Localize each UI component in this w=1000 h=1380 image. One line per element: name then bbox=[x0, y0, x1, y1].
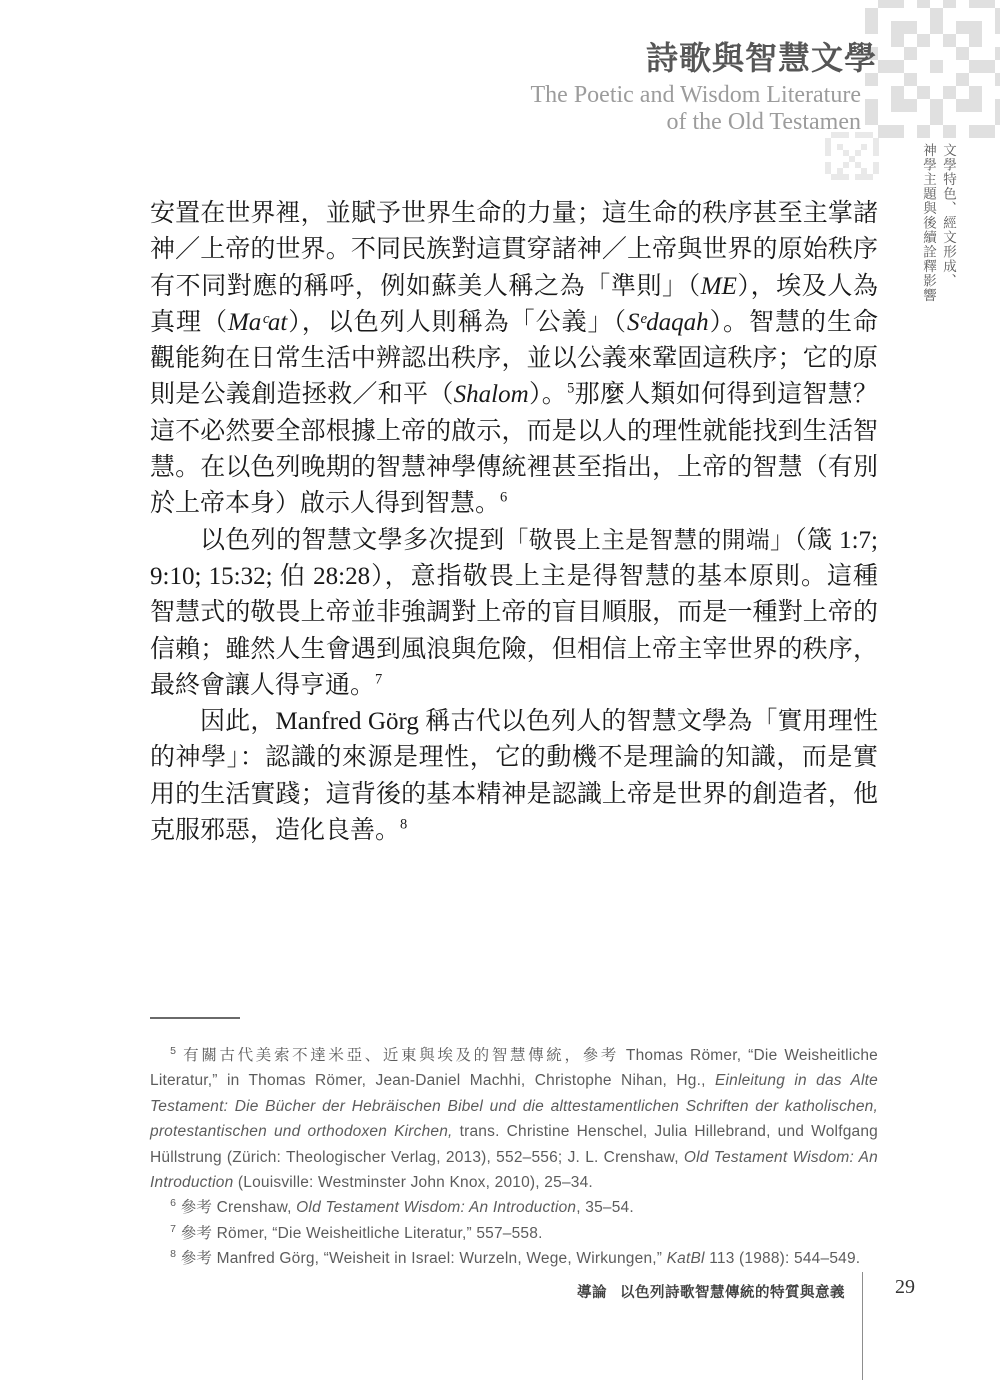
page-header: 詩歌與智慧文學 The Poetic and Wisdom Literature… bbox=[531, 38, 878, 135]
margin-caption-column-2: 神學主題與後續詮釋影響 bbox=[918, 143, 938, 303]
margin-caption-vertical: 文學特色、經文形成、 神學主題與後續詮釋影響 bbox=[918, 143, 958, 303]
seal-pattern-large-icon bbox=[865, 0, 1000, 138]
footnote-item: 8 參考 Manfred Görg, “Weisheit in Israel: … bbox=[150, 1246, 878, 1271]
text-segment: ），以色列人則稱為「公義」（ bbox=[287, 309, 627, 336]
text-segment: 113 (1988): 544–549. bbox=[705, 1250, 861, 1267]
chapter-title-english-line2: of the Old Testamen bbox=[531, 109, 862, 136]
footnote-item: 6 參考 Crenshaw, Old Testament Wisdom: An … bbox=[150, 1195, 878, 1220]
text-segment: KatBl bbox=[667, 1250, 705, 1267]
footnote-block: 5 有關古代美索不達米亞、近東與埃及的智慧傳統，參考 Thomas Römer,… bbox=[150, 1017, 878, 1272]
text-segment: 參考 Manfred Görg, “Weisheit in Israel: Wu… bbox=[181, 1250, 667, 1267]
text-segment: Maᶜat bbox=[228, 309, 287, 336]
text-segment: Sᵉdaqah bbox=[627, 309, 709, 336]
footnote-number: 6 bbox=[170, 1197, 176, 1209]
text-segment: 以色列的智慧文學多次提到 bbox=[200, 527, 505, 554]
footnote-separator-rule bbox=[150, 1017, 240, 1019]
text-segment: ME bbox=[701, 273, 737, 300]
body-paragraph: 以色列的智慧文學多次提到「敬畏上主是智慧的開端」（箴 1:7; 9:10; 15… bbox=[150, 523, 878, 704]
chapter-title-english: The Poetic and Wisdom Literature of the … bbox=[531, 82, 878, 135]
footnote-ref: 6 bbox=[500, 490, 507, 506]
body-paragraph: 安置在世界裡，並賦予世界生命的力量；這生命的秩序甚至主掌諸神／上帝的世界。不同民… bbox=[150, 196, 878, 523]
chapter-title-cjk: 詩歌與智慧文學 bbox=[531, 38, 878, 78]
text-segment: , 35–54. bbox=[576, 1199, 634, 1216]
text-segment: 因此，Manfred Görg 稱古代以色列人的智慧文學為「實用理性的神學」：認… bbox=[150, 708, 878, 844]
footnote-number: 8 bbox=[170, 1248, 176, 1260]
margin-caption-column-1: 文學特色、經文形成、 bbox=[938, 143, 958, 303]
page-number: 29 bbox=[863, 1276, 947, 1299]
book-page: 詩歌與智慧文學 The Poetic and Wisdom Literature… bbox=[0, 0, 1000, 1380]
seal-pattern-small-icon bbox=[825, 132, 879, 180]
text-segment: 參考 Crenshaw, bbox=[181, 1199, 296, 1216]
footnote-number: 5 bbox=[170, 1045, 176, 1057]
footnote-list: 5 有關古代美索不達米亞、近東與埃及的智慧傳統，參考 Thomas Römer,… bbox=[150, 1043, 878, 1272]
footnote-number: 7 bbox=[170, 1223, 176, 1235]
footnote-ref: 7 bbox=[375, 672, 382, 688]
text-segment: Old Testament Wisdom: An Introduction bbox=[296, 1199, 576, 1216]
body-text: 安置在世界裡，並賦予世界生命的力量；這生命的秩序甚至主掌諸神／上帝的世界。不同民… bbox=[150, 196, 878, 849]
text-segment: 「敬畏上主是智慧的開端」 bbox=[505, 528, 795, 554]
footer-section-label: 導論 bbox=[577, 1285, 607, 1301]
body-paragraph: 因此，Manfred Görg 稱古代以色列人的智慧文學為「實用理性的神學」：認… bbox=[150, 704, 878, 849]
footer-section-title: 以色列詩歌智慧傳統的特質與意義 bbox=[620, 1285, 845, 1301]
chapter-title-english-line1: The Poetic and Wisdom Literature bbox=[531, 82, 862, 109]
text-segment: 參考 Römer, “Die Weisheitliche Literatur,”… bbox=[181, 1225, 543, 1242]
footnote-item: 5 有關古代美索不達米亞、近東與埃及的智慧傳統，參考 Thomas Römer,… bbox=[150, 1043, 878, 1195]
footnote-ref: 8 bbox=[400, 817, 407, 833]
text-segment: Shalom bbox=[454, 381, 529, 408]
footer-running-title: 導論以色列詩歌智慧傳統的特質與意義 bbox=[450, 1281, 845, 1302]
text-segment: ）。 bbox=[529, 381, 567, 408]
text-segment: (Louisville: Westminster John Knox, 2010… bbox=[233, 1174, 593, 1191]
footnote-item: 7 參考 Römer, “Die Weisheitliche Literatur… bbox=[150, 1221, 878, 1246]
